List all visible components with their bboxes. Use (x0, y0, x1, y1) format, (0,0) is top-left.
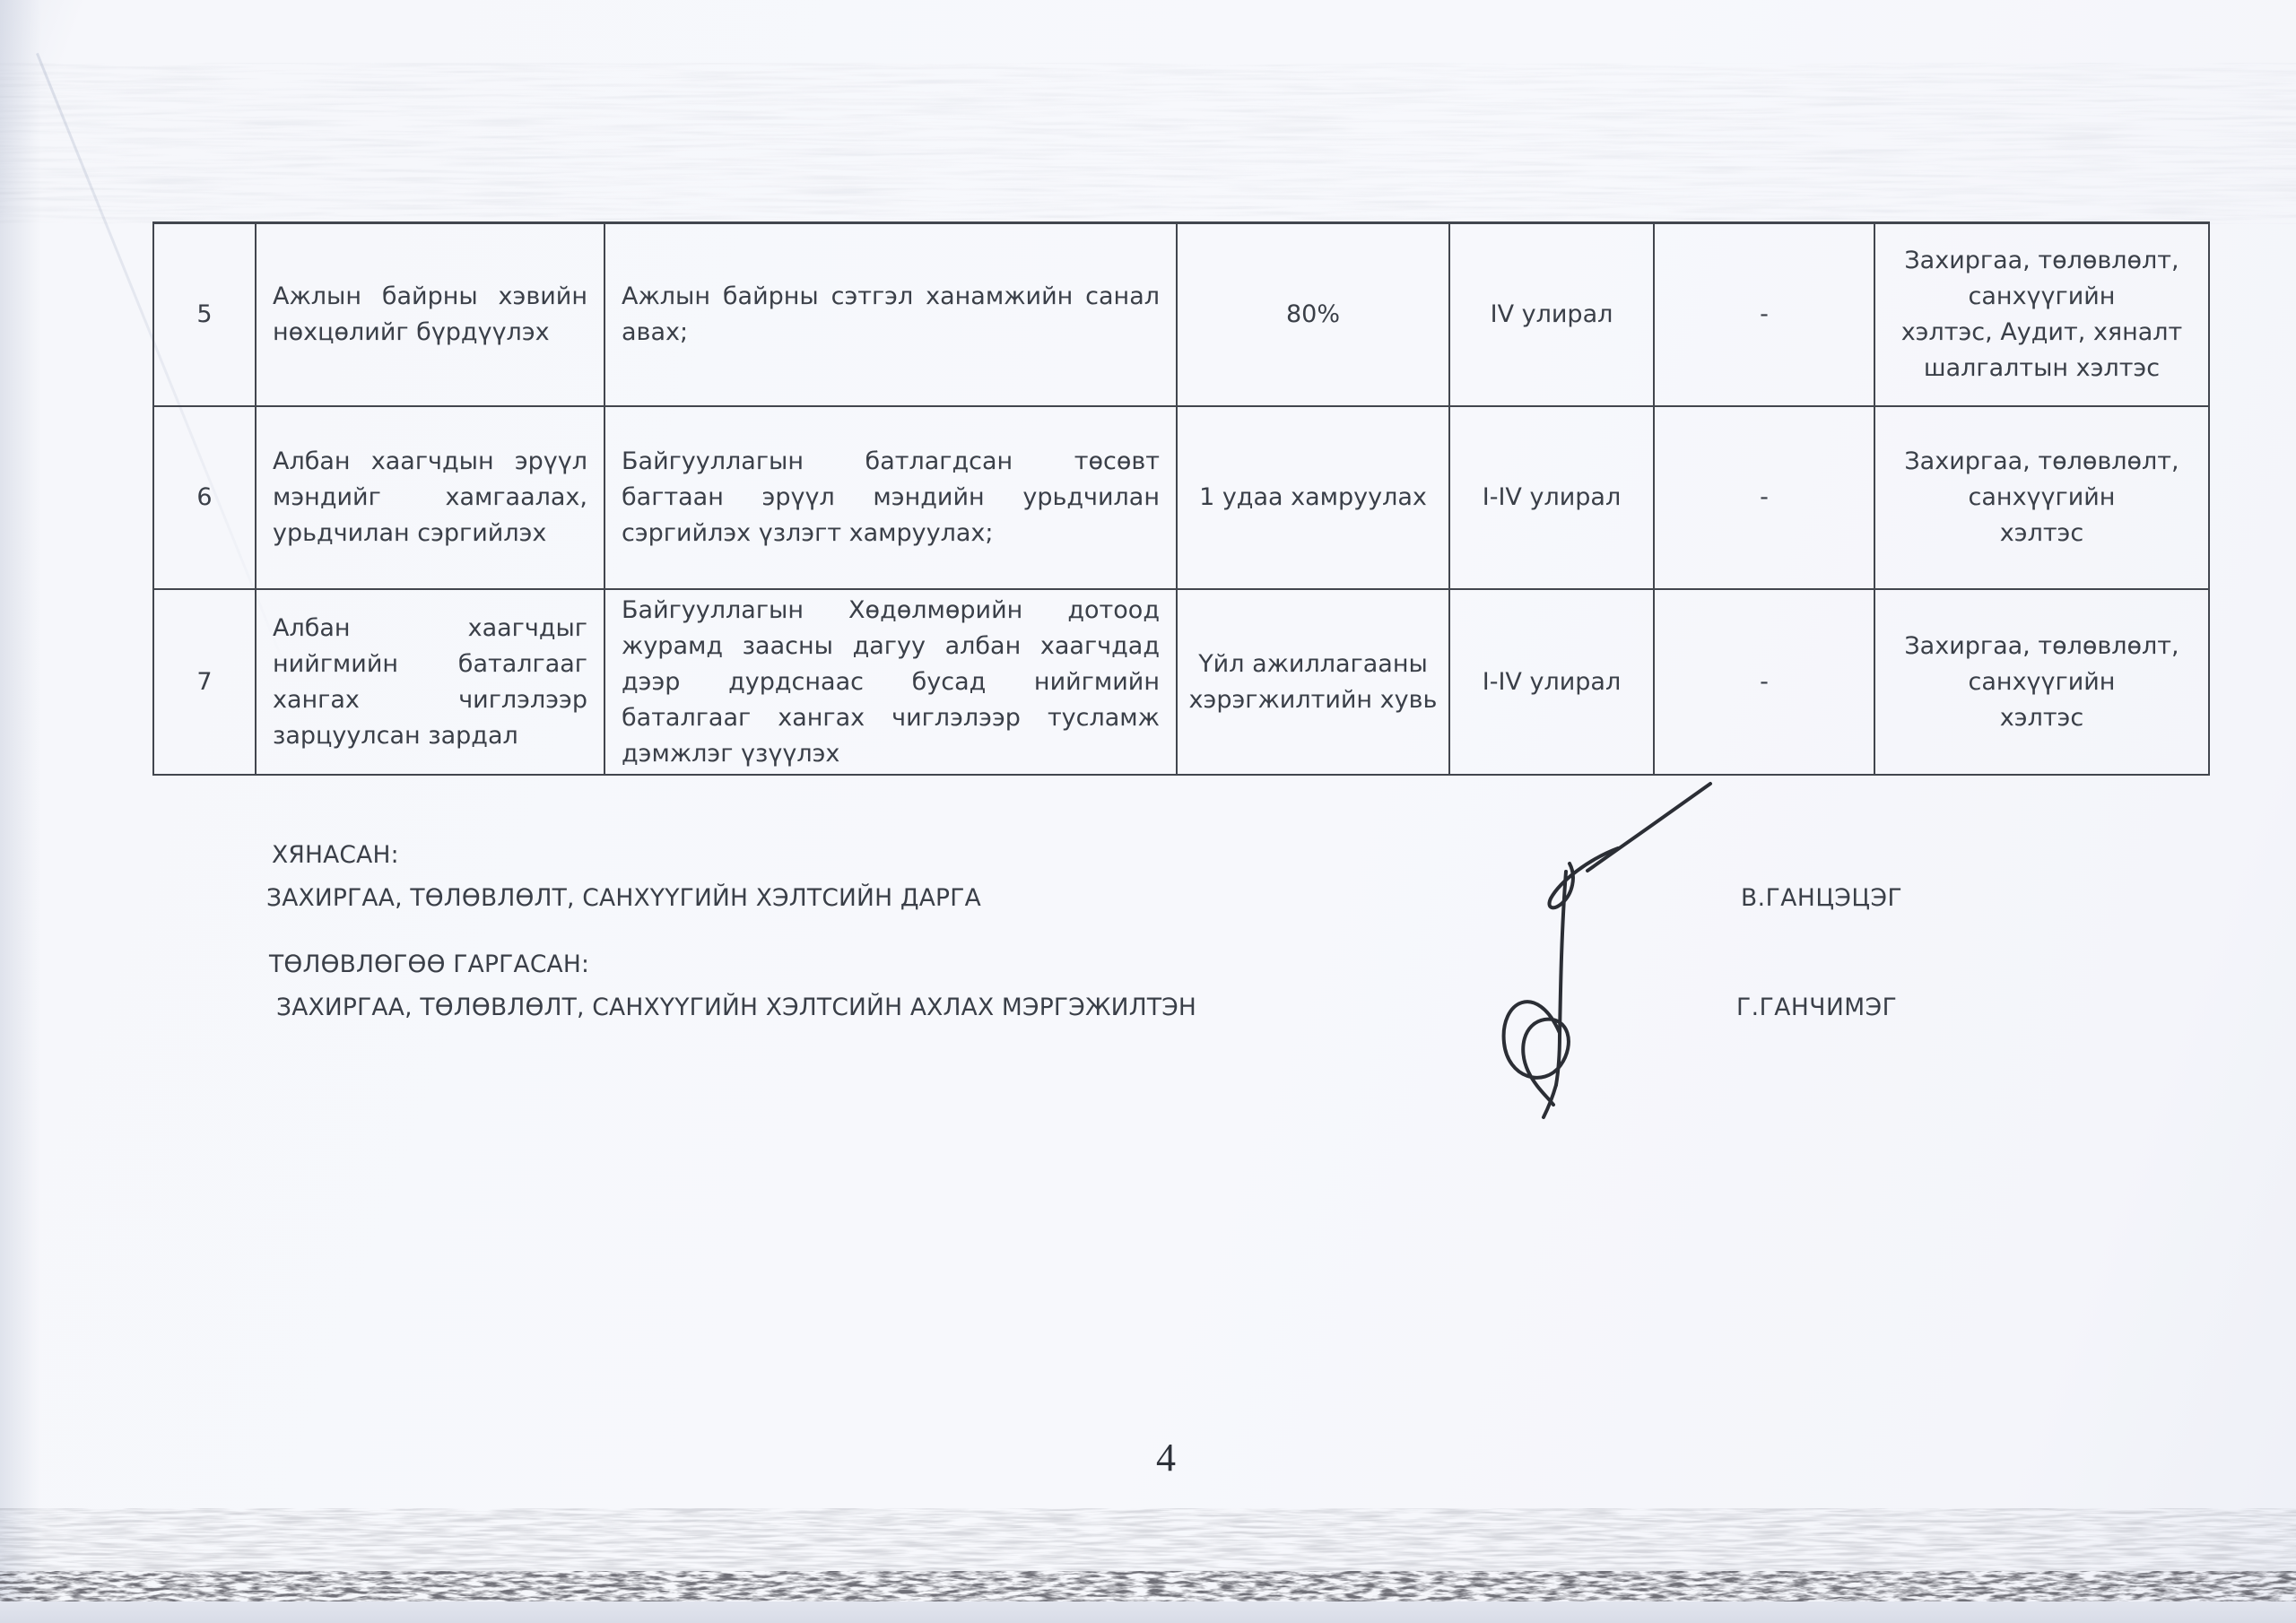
prepared-label: ТӨЛӨВЛӨГӨӨ ГАРГАСАН: (269, 950, 589, 978)
budget-text: - (1665, 297, 1863, 333)
table-row-5-activity: Ажлын байрны хэвийн нөхцөлийг бүрдүүлэх (257, 224, 605, 407)
table-row-6-responsible: Захиргаа, төлөвлөлт, санхүүгийн хэлтэс (1875, 407, 2210, 590)
prepared-title: ЗАХИРГАА, ТӨЛӨВЛӨЛТ, САНХҮҮГИЙН ХЭЛТСИЙН… (276, 994, 1196, 1021)
table-row-7-responsible: Захиргаа, төлөвлөлт, санхүүгийн хэлтэс (1875, 590, 2210, 776)
table-row-7-period: I-IV улирал (1450, 590, 1655, 776)
table-row-7-action: Байгууллагын Хөдөлмөрийн дотоод журамд з… (605, 590, 1178, 776)
period-text: IV улирал (1461, 297, 1642, 333)
table-row-5-period: IV улирал (1450, 224, 1655, 407)
table-row-5-no: 5 (154, 224, 257, 407)
table-row-6-activity: Албан хаагчдын эрүүл мэндийг хамгаалах, … (257, 407, 605, 590)
paper-edge-shading (0, 0, 41, 1623)
table-row-7-no: 7 (154, 590, 257, 776)
table-row-6-target: 1 удаа хамруулах (1178, 407, 1450, 590)
row-number: 7 (165, 664, 244, 700)
budget-text: - (1665, 480, 1863, 516)
prepared-name: Г.ГАНЧИМЭГ (1736, 994, 1897, 1021)
page-number: 4 (1139, 1435, 1193, 1480)
table-row-6-period: I-IV улирал (1450, 407, 1655, 590)
scanned-document-page: 5 Ажлын байрны хэвийн нөхцөлийг бүрдүүлэ… (0, 0, 2296, 1623)
period-text: I-IV улирал (1461, 664, 1642, 700)
responsible-text: Захиргаа, төлөвлөлт, санхүүгийн хэлтэс (1886, 629, 2197, 736)
action-text: Байгууллагын батлагдсан төсөвт багтаан э… (622, 444, 1160, 551)
activity-text: Албан хаагчдыг нийгмийн баталгааг хангах… (273, 611, 587, 754)
responsible-text: Захиргаа, төлөвлөлт, санхүүгийн хэлтэс, … (1886, 243, 2197, 386)
reviewed-name: В.ГАНЦЭЦЭГ (1741, 884, 1902, 912)
period-text: I-IV улирал (1461, 480, 1642, 516)
activity-text: Ажлын байрны хэвийн нөхцөлийг бүрдүүлэх (273, 279, 587, 351)
action-text: Байгууллагын Хөдөлмөрийн дотоод журамд з… (622, 593, 1160, 772)
table-row-5-responsible: Захиргаа, төлөвлөлт, санхүүгийн хэлтэс, … (1875, 224, 2210, 407)
table-row-7-target: Үйл ажиллагааны хэрэгжилтийн хувь (1178, 590, 1450, 776)
table-row-5-budget: - (1655, 224, 1875, 407)
scan-streaks (0, 63, 2296, 224)
activity-plan-table: 5 Ажлын байрны хэвийн нөхцөлийг бүрдүүлэ… (152, 221, 2210, 776)
target-text: 1 удаа хамруулах (1188, 480, 1438, 516)
table-row-7-budget: - (1655, 590, 1875, 776)
reviewed-title: ЗАХИРГАА, ТӨЛӨВЛӨЛТ, САНХҮҮГИЙН ХЭЛТСИЙН… (266, 884, 981, 912)
table-row-5-target: 80% (1178, 224, 1450, 407)
target-text: 80% (1188, 297, 1438, 333)
table-row-6-no: 6 (154, 407, 257, 590)
row-number: 6 (165, 480, 244, 516)
activity-text: Албан хаагчдын эрүүл мэндийг хамгаалах, … (273, 444, 587, 551)
scan-bottom-strip (0, 1601, 2296, 1623)
row-number: 5 (165, 297, 244, 333)
table-row-6-action: Байгууллагын батлагдсан төсөвт багтаан э… (605, 407, 1178, 590)
reviewed-label: ХЯНАСАН: (272, 841, 399, 869)
action-text: Ажлын байрны сэтгэл ханамжийн санал авах… (622, 279, 1160, 351)
target-text: Үйл ажиллагааны хэрэгжилтийн хувь (1188, 647, 1438, 718)
table-row-7-activity: Албан хаагчдыг нийгмийн баталгааг хангах… (257, 590, 605, 776)
responsible-text: Захиргаа, төлөвлөлт, санхүүгийн хэлтэс (1886, 444, 2197, 551)
table-row-6-budget: - (1655, 407, 1875, 590)
table-row-5-action: Ажлын байрны сэтгэл ханамжийн санал авах… (605, 224, 1178, 407)
budget-text: - (1665, 664, 1863, 700)
